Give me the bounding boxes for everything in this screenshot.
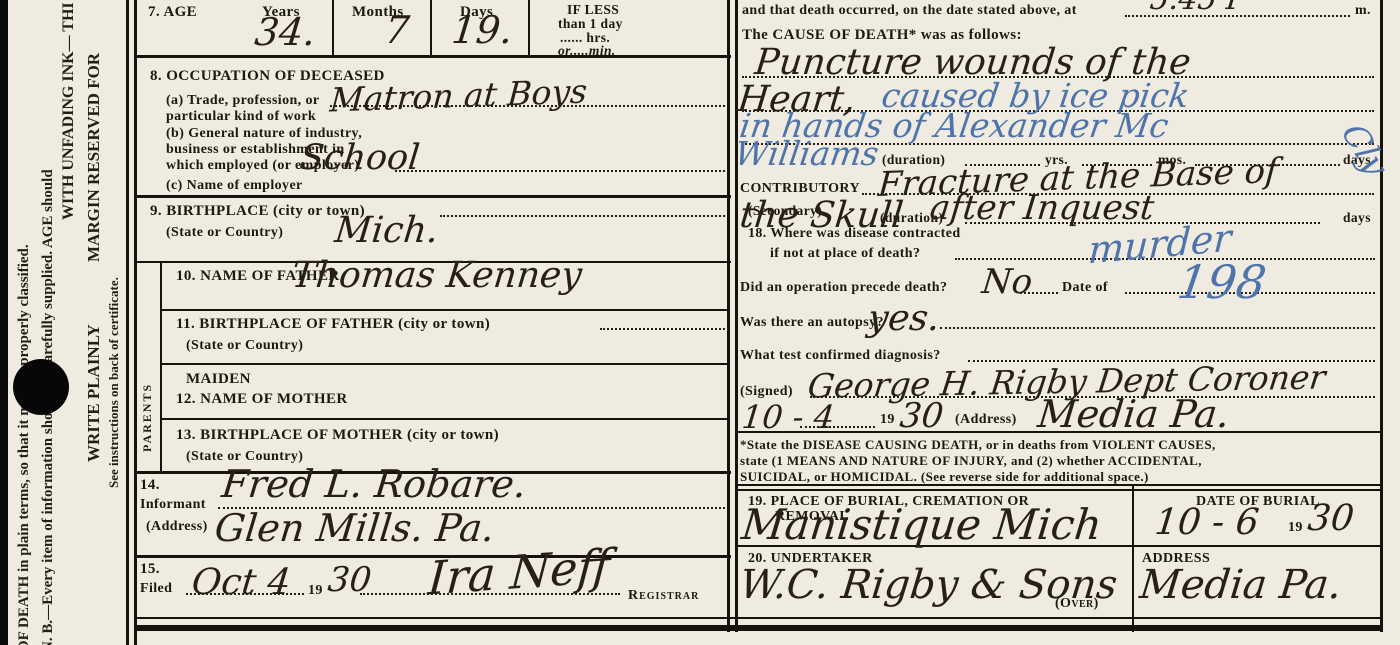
operation-date-blue-value: 198 [1174, 255, 1269, 309]
death-statement-line: and that death occurred, on the date sta… [742, 3, 1077, 19]
undertaker-address-value: Media Pa. [1138, 562, 1344, 608]
undertaker-name-value: W.C. Rigby & Sons [738, 562, 1120, 608]
cause-line4-blue-value: Williams [732, 134, 881, 173]
cause-edge-blue-value: Cly [1333, 118, 1398, 180]
test-question-label: What test confirmed diagnosis? [740, 348, 941, 364]
border-left-outer [126, 0, 129, 645]
filed-label: Filed [140, 581, 172, 597]
occupation-c-label: (c) Name of employer [166, 178, 303, 194]
burial-place-value: Manistique Mich [739, 500, 1104, 549]
margin-note-unfading-ink: WITH UNFADING INK— THI [60, 2, 78, 220]
rule-below-father-name [160, 309, 729, 311]
informant-name-value: Fred L. Robare. [220, 462, 529, 506]
autopsy-leader [940, 327, 1375, 329]
birthplace-label: 9. BIRTHPLACE (city or town) [150, 203, 365, 220]
burial-date-value: 10 - 6 [1153, 502, 1261, 543]
burial-col-divider [1132, 484, 1134, 632]
border-left-inner [134, 0, 137, 645]
q18-line2-label: if not at place of death? [770, 246, 920, 262]
filed-date-value: Oct 4 [190, 562, 293, 603]
margin-note-write-plainly: WRITE PLAINLY [84, 324, 104, 462]
informant-address-value: Glen Mills. Pa. [213, 506, 497, 550]
birthplace-leader [440, 215, 725, 217]
occupation-trade-value: Matron at Boys [329, 71, 589, 119]
father-name-value: Thomas Kenney [290, 255, 584, 296]
footnote-line2: state (1 MEANS AND NATURE OF INJURY, and… [740, 453, 1202, 469]
age-min-label: or.....min. [558, 43, 616, 59]
signed-year-value: 30 [898, 396, 945, 436]
operation-dateof-label: Date of [1062, 280, 1108, 296]
rule-below-occupation [134, 195, 731, 198]
birthplace-value: Mich. [333, 210, 440, 251]
border-right [1380, 0, 1383, 632]
informant-address-label: (Address) [146, 519, 208, 535]
punch-hole [13, 359, 69, 415]
filed-year-value: 30 [326, 560, 373, 600]
signed-address-value: Media Pa. [1036, 392, 1232, 436]
informant-number: 14. [140, 477, 160, 494]
age-col-divider-2 [430, 0, 432, 57]
scan-edge [0, 0, 8, 645]
margin-note-nb2: OF DEATH in plain terms, so that it may … [16, 244, 33, 645]
burial-year-prefix: 19 [1288, 520, 1303, 536]
father-state-label: (State or Country) [186, 338, 303, 354]
registrar-signature: Ira Neff [426, 538, 612, 605]
footnote-line1: *State the DISEASE CAUSING DEATH, or in … [740, 437, 1216, 453]
age-years-value: 34. [253, 10, 318, 54]
rule-bottom-thin [134, 617, 1383, 619]
parents-strip-divider [160, 262, 162, 472]
occupation-a1-label: (a) Trade, profession, or [166, 93, 320, 109]
filed-year-prefix: 19 [308, 583, 323, 599]
parents-vertical-label: PARENTS [140, 383, 155, 452]
rule-below-age [134, 55, 731, 58]
informant-label: Informant [140, 497, 206, 513]
autopsy-answer-value: yes. [866, 298, 942, 339]
occupation-industry-value: School [298, 138, 422, 178]
contributory-days-label: days [1343, 210, 1371, 226]
mother-birthplace-label: 13. BIRTHPLACE OF MOTHER (city or town) [176, 427, 499, 444]
margin-note-see-instructions: See instructions on back of certificate. [106, 277, 122, 488]
death-statement-m: m. [1355, 3, 1371, 19]
operation-question-label: Did an operation precede death? [740, 280, 947, 296]
father-birthplace-label: 11. BIRTHPLACE OF FATHER (city or town) [176, 316, 490, 333]
birthplace-state-label: (State or Country) [166, 225, 283, 241]
contributory-value2: the Skull [738, 195, 905, 236]
filed-number: 15. [140, 561, 160, 578]
mother-maiden-label: MAIDEN [186, 371, 251, 388]
rule-below-father-birthplace [160, 363, 729, 365]
operation-answer-value: No [980, 262, 1034, 302]
age-days-value: 19. [450, 8, 515, 52]
age-months-value: 7 [383, 8, 412, 52]
autopsy-question-label: Was there an autopsy? [740, 315, 884, 331]
signed-year-prefix: 19 [880, 412, 895, 428]
contributory-duration-value: after Inquest [928, 188, 1156, 228]
age-col-divider-3 [528, 0, 530, 57]
rule-below-footnote-2 [735, 489, 1383, 491]
burial-year-value: 30 [1306, 498, 1356, 539]
rule-below-mother-name [160, 418, 729, 420]
death-time-value: 5.45 P [1148, 0, 1248, 17]
occupation-a2-label: particular kind of work [166, 109, 316, 125]
age-col-divider-1 [332, 0, 334, 57]
age-label: 7. AGE [148, 4, 197, 21]
signed-date-value: 10 - 4 [740, 398, 836, 436]
footnote-line3: SUICIDAL, or HOMICIDAL. (See reverse sid… [740, 469, 1149, 485]
rule-bottom-thick [134, 625, 1383, 631]
margin-note-margin-reserved: MARGIN RESERVED FOR [84, 53, 104, 262]
father-birthplace-leader [600, 328, 725, 330]
border-center-outer [727, 0, 730, 632]
registrar-label: Registrar [628, 588, 699, 604]
death-certificate-scan: WRITE PLAINLY MARGIN RESERVED FOR WITH U… [0, 0, 1400, 645]
signed-address-label: (Address) [955, 412, 1017, 428]
mother-name-label: 12. NAME OF MOTHER [176, 391, 348, 408]
occupation-b-leader [395, 170, 725, 172]
